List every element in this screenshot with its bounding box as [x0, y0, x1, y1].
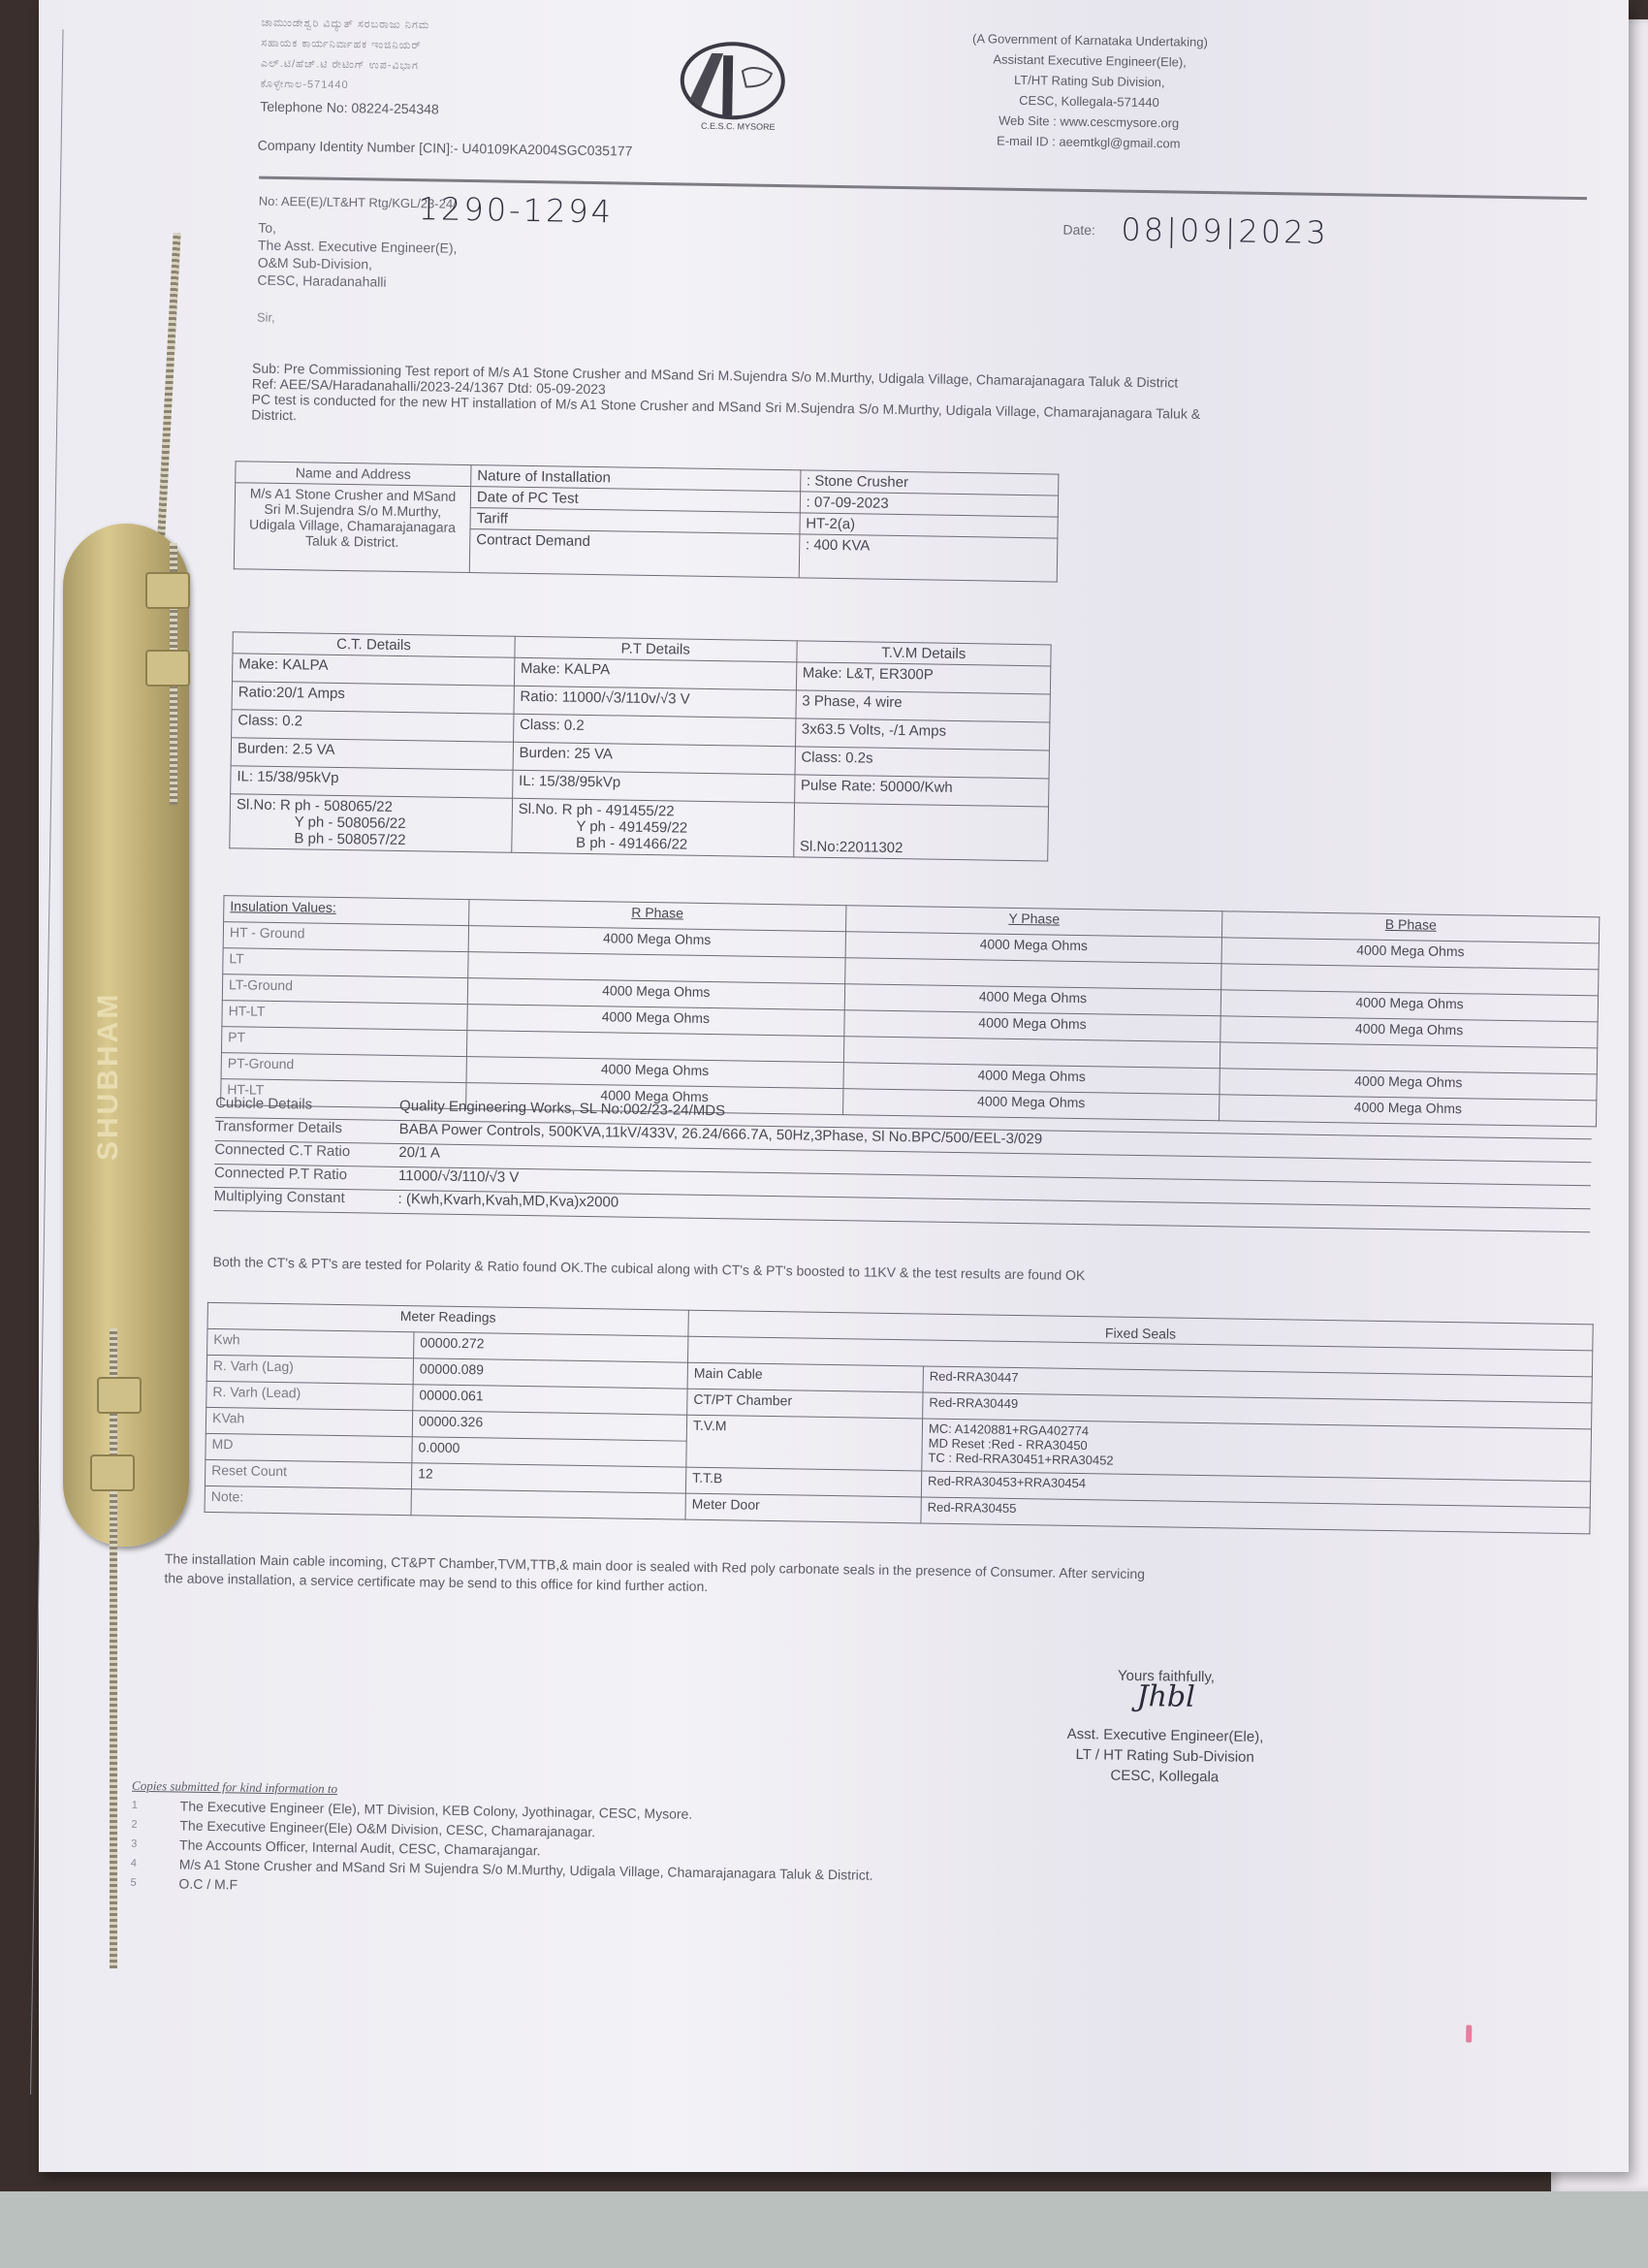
pt-cell: IL: 15/38/95kVp [512, 770, 794, 803]
installation-table: Name and Address Nature of Installation … [234, 461, 1060, 582]
meter-reading-label: Reset Count [205, 1459, 411, 1488]
detail-value: 20/1 A [398, 1144, 440, 1167]
signature-block: Yours faithfully, Jhbl Asst. Executive E… [1019, 1664, 1312, 1789]
binder-clip: SHUBHAM [53, 524, 199, 1547]
meter-reading-label: R. Varh (Lead) [206, 1381, 413, 1410]
meter-reading-value [411, 1489, 685, 1519]
red-ink-mark [1466, 2025, 1472, 2042]
ct-serials: Sl.No: R ph - 508065/22 Y ph - 508056/22… [230, 794, 513, 853]
desk-surface [0, 2191, 1648, 2268]
copy-number: 4 [131, 1854, 179, 1874]
seal-location: CT/PT Chamber [687, 1389, 923, 1419]
addressee-line: CESC, Haradanahalli [257, 272, 457, 292]
insulation-title: Insulation Values: [224, 896, 469, 926]
detail-label: Cubicle Details [215, 1095, 399, 1120]
kannada-line: ಸಹಾಯಕ ಕಾರ್ಯನಿರ್ವಾಹಕ ಇಂಜಿನಿಯರ್ [261, 34, 440, 57]
insulation-label: HT - Ground [223, 922, 468, 952]
copies-list: Copies submitted for kind information to… [130, 1776, 874, 1904]
detail-label: Multiplying Constant [213, 1188, 397, 1213]
kannada-line: ಕೊಳ್ಳೇಗಾಲ-571440 [260, 75, 439, 98]
tvm-cell: Class: 0.2s [795, 747, 1050, 779]
name-address-value: M/s A1 Stone Crusher and MSand Sri M.Suj… [234, 483, 470, 573]
binder-rod [110, 1328, 117, 1968]
copy-recipient: O.C / M.F [178, 1874, 238, 1895]
letterhead-right: (A Government of Karnataka Undertaking) … [938, 28, 1241, 155]
binder-tab [90, 1454, 135, 1491]
subject-block: Sub: Pre Commissioning Test report of M/… [251, 361, 1648, 445]
detail-label: Connected C.T Ratio [214, 1141, 398, 1166]
copy-number: 3 [131, 1835, 179, 1855]
insulation-table: Insulation Values: R Phase Y Phase B Pha… [220, 895, 1600, 1127]
polarity-note: Both the CT's & PT's are tested for Pola… [212, 1254, 1589, 1291]
tvm-cell: Make: L&T, ER300P [796, 662, 1051, 694]
detail-label: Connected P.T Ratio [214, 1165, 398, 1190]
kannada-line: ಚಾಮುಂಡೇಶ್ವರಿ ವಿದ್ಯುತ್ ಸರಬರಾಜು ನಿಗಮ [261, 14, 440, 37]
signature-mark: Jhbl [1020, 1684, 1312, 1728]
binder-tab [97, 1377, 142, 1414]
telephone: Telephone No: 08224-254348 [260, 97, 439, 120]
binder-tab [145, 650, 190, 687]
pt-cell: Make: KALPA [514, 657, 796, 690]
insulation-label: HT-LT [222, 1001, 467, 1031]
seal-location: Main Cable [687, 1362, 923, 1392]
equipment-table: C.T. Details P.T Details T.V.M Details M… [229, 631, 1051, 861]
ct-cell: Class: 0.2 [232, 710, 514, 743]
pt-cell: Class: 0.2 [513, 714, 795, 747]
seal-location: T.V.M [686, 1415, 923, 1471]
meter-reading-label: KVah [206, 1407, 412, 1436]
readings-seals-table: Meter Readings Fixed Seals Kwh00000.272R… [205, 1302, 1594, 1534]
cesc-logo-icon: C.E.S.C. MYSORE [672, 31, 800, 135]
ct-cell: Burden: 2.5 VA [231, 738, 513, 771]
cin-number: Company Identity Number [CIN]:- U40109KA… [258, 138, 633, 159]
copy-number: 5 [130, 1873, 178, 1894]
ct-cell: Make: KALPA [232, 654, 514, 687]
copy-number: 1 [132, 1796, 180, 1816]
insulation-label: LT-Ground [222, 974, 467, 1005]
pt-cell: Ratio: 11000/√3/110v/√3 V [514, 686, 796, 719]
seal-location: T.T.B [685, 1467, 921, 1497]
meter-reading-label: MD [206, 1433, 412, 1462]
insulation-label: LT [223, 948, 468, 978]
salutation: Sir, [257, 310, 275, 325]
date-label: Date: [1062, 222, 1095, 239]
copy-number: 2 [131, 1815, 179, 1836]
pt-serials: Sl.No. R ph - 491455/22 Y ph - 491459/22… [511, 798, 794, 857]
addressee: To, The Asst. Executive Engineer(E), O&M… [257, 219, 458, 292]
equipment-details: Cubicle DetailsQuality Engineering Works… [213, 1095, 1592, 1232]
email: E-mail ID : aeemtkgl@gmail.com [938, 130, 1239, 155]
pt-cell: Burden: 25 VA [513, 742, 795, 775]
tvm-serial: Sl.No:22011302 [793, 803, 1048, 861]
date-handwritten: 08|09|2023 [1121, 211, 1329, 251]
tvm-cell: 3x63.5 Volts, -/1 Amps [795, 719, 1050, 751]
meter-reading-label: Note: [205, 1485, 411, 1515]
insulation-label: PT [221, 1027, 466, 1057]
letterhead-left: ಚಾಮುಂಡೇಶ್ವರಿ ವಿದ್ಯುತ್ ಸರಬರಾಜು ನಿಗಮ ಸಹಾಯಕ… [260, 14, 440, 120]
insulation-label: PT-Ground [221, 1053, 466, 1083]
binder-brand: SHUBHAM [92, 950, 160, 1202]
document-page: ಚಾಮುಂಡೇಶ್ವರಿ ವಿದ್ಯುತ್ ಸರಬರಾಜು ನಿಗಮ ಸಹಾಯಕ… [39, 0, 1629, 2172]
detail-label: Transformer Details [215, 1118, 399, 1143]
ct-serial: B ph - 508057/22 [236, 829, 505, 849]
meter-reading-label: R. Varh (Lag) [206, 1355, 413, 1384]
closing-paragraph: The installation Main cable incoming, CT… [164, 1549, 1569, 1610]
detail-value: : (Kwh,Kvarh,Kvah,MD,Kva)x2000 [397, 1191, 618, 1217]
seal-location: Meter Door [685, 1493, 921, 1523]
ct-cell: Ratio:20/1 Amps [232, 682, 514, 715]
detail-value: 11000/√3/110/√3 V [398, 1167, 520, 1192]
install-value: : 400 KVA [799, 534, 1058, 582]
svg-text:C.E.S.C. MYSORE: C.E.S.C. MYSORE [701, 121, 776, 132]
pt-serial: B ph - 491466/22 [518, 834, 787, 854]
binder-tab [145, 572, 190, 609]
kannada-line: ಎಲ್.ಟಿ/ಹೆಚ್.ಟಿ ರೇಟಿಂಗ್ ಉಪ-ವಿಭಾಗ [261, 54, 440, 78]
tvm-cell: Pulse Rate: 50000/Kwh [794, 775, 1049, 807]
meter-reading-label: Kwh [207, 1328, 414, 1358]
install-label: Contract Demand [469, 529, 799, 578]
signatory-place: CESC, Kollegala [1019, 1764, 1310, 1789]
ct-cell: IL: 15/38/95kVp [231, 766, 513, 799]
tvm-cell: 3 Phase, 4 wire [796, 690, 1051, 722]
